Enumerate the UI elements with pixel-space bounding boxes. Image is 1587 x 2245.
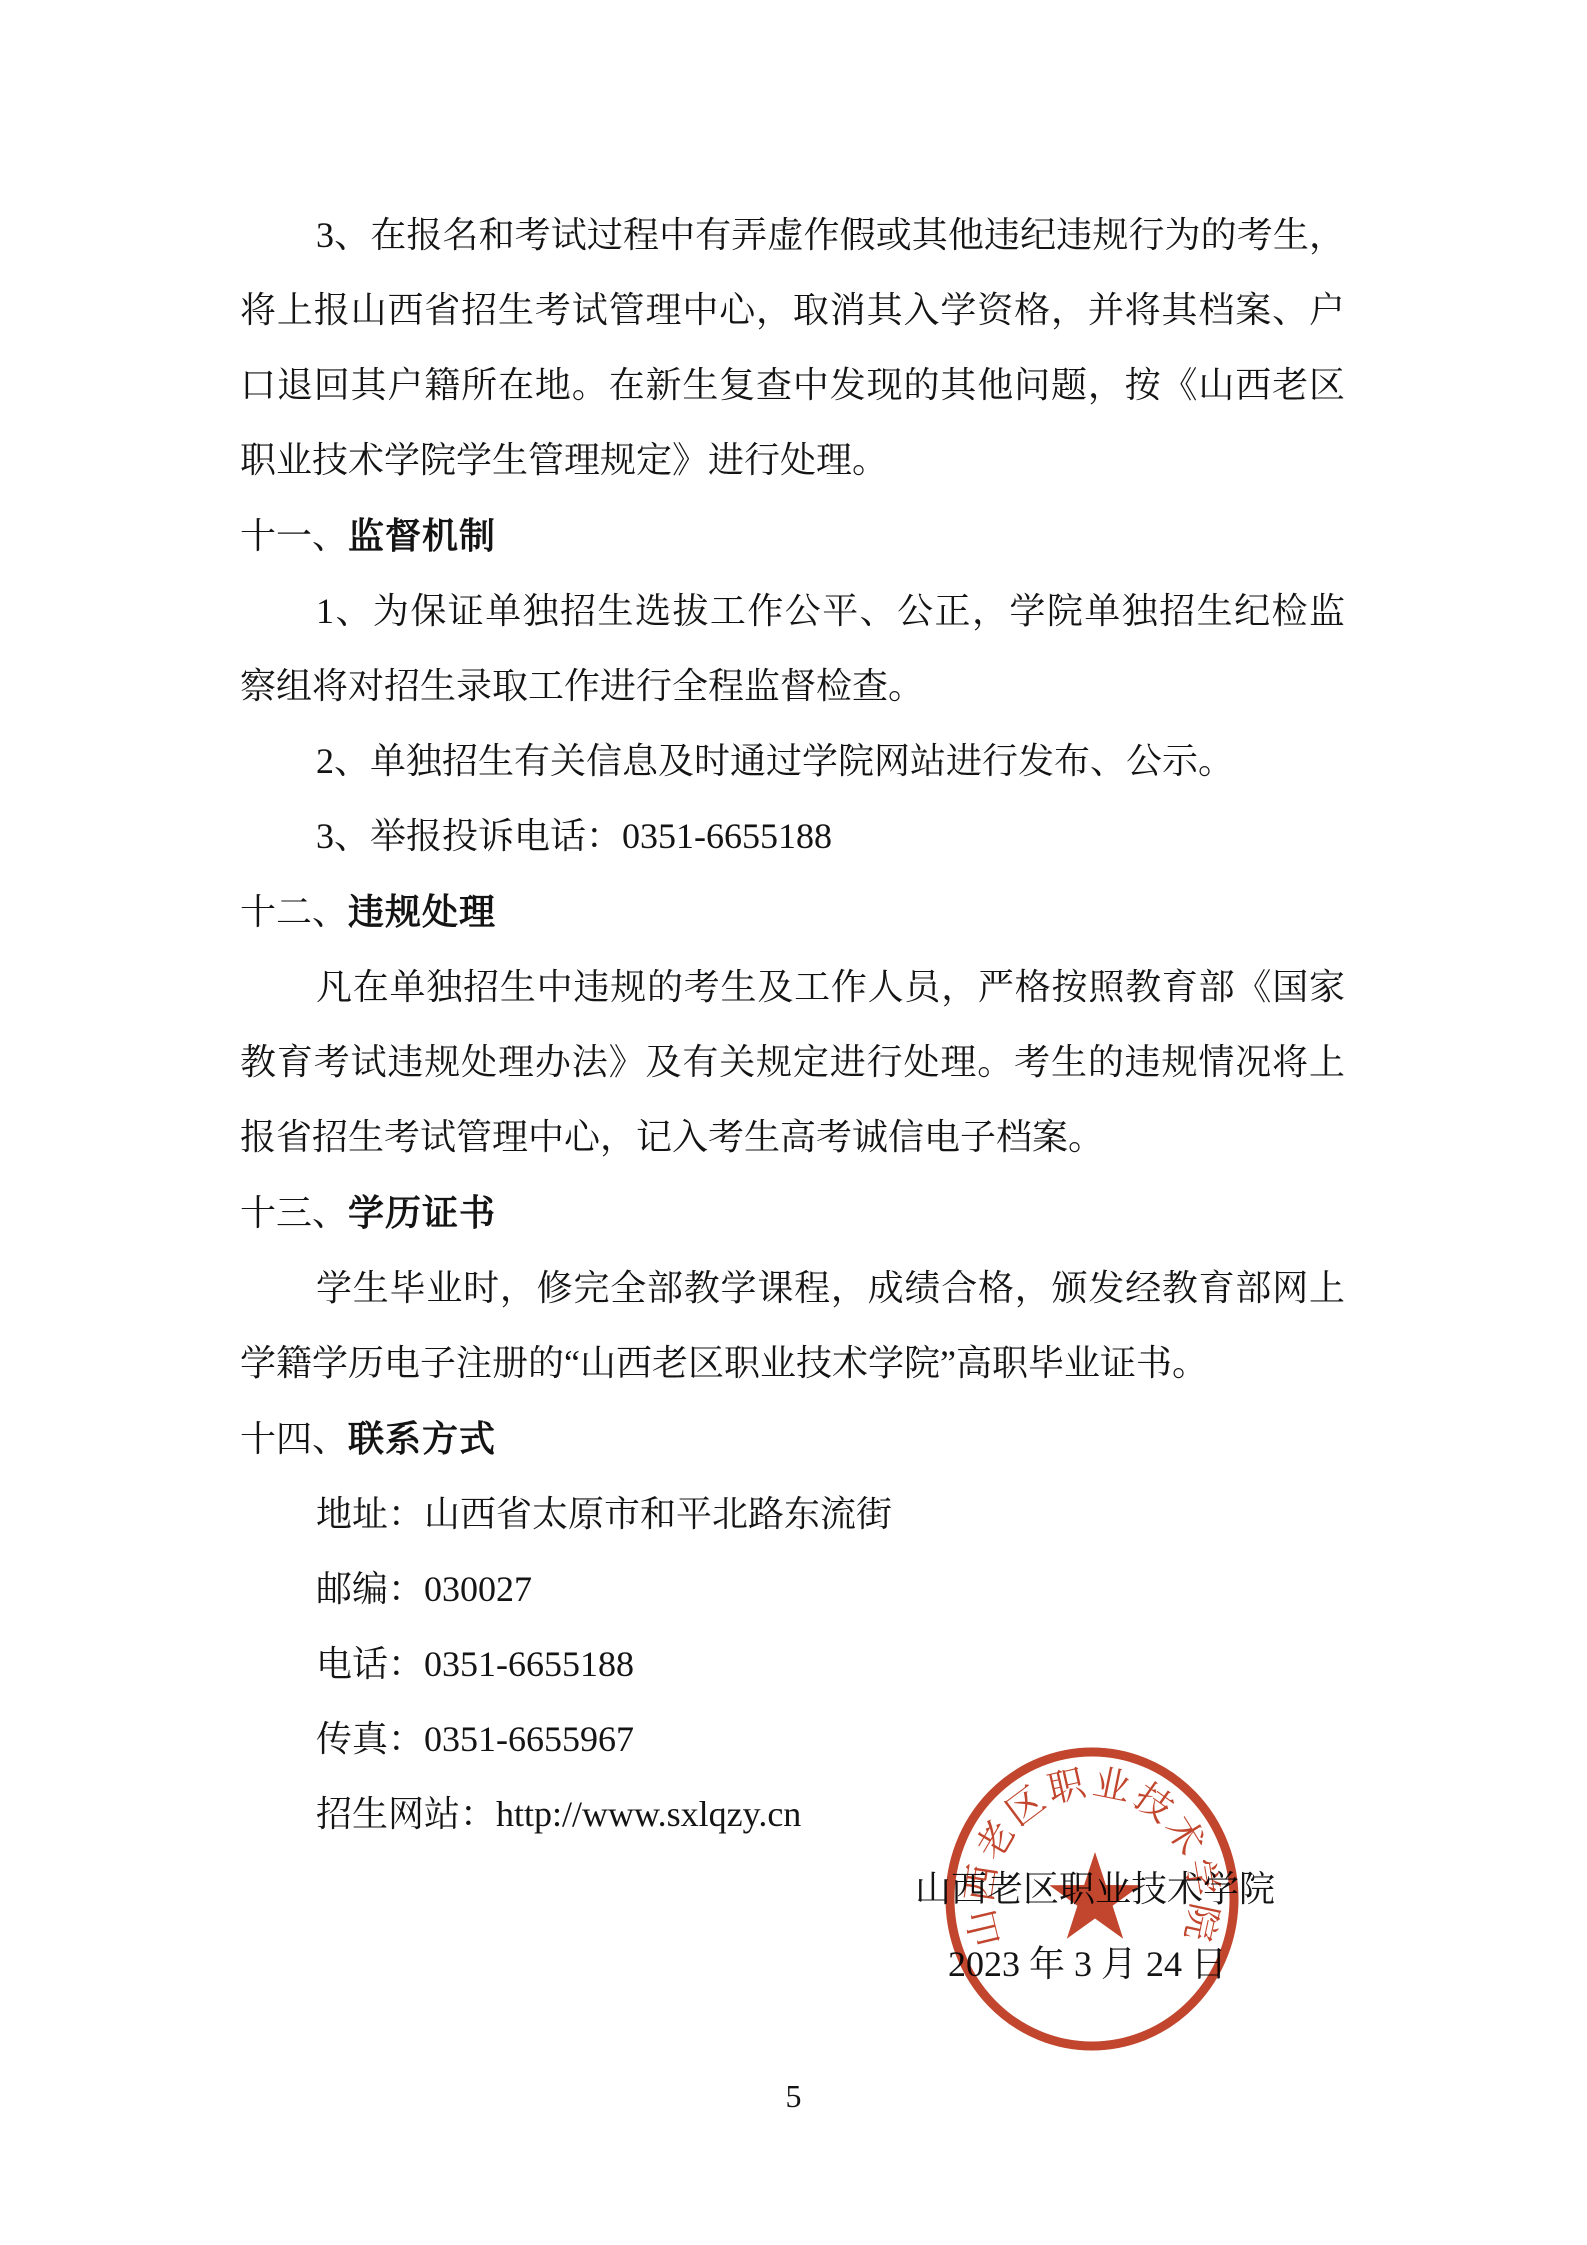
text-line: 学生毕业时，修完全部教学课程，成绩合格，颁发经教育部网上 [240, 1251, 1345, 1326]
page-number: 5 [0, 2078, 1587, 2114]
text-line: 察组将对招生录取工作进行全程监督检查。 [240, 649, 1345, 724]
heading-number: 十二、 [240, 892, 348, 932]
text-line: 1、为保证单独招生选拔工作公平、公正，学院单独招生纪检监 [240, 574, 1345, 649]
text-line: 传真：0351-6655967 [240, 1702, 1345, 1777]
text-line: 口退回其户籍所在地。在新生复查中发现的其他问题，按《山西老区 [240, 348, 1345, 423]
signature-date: 2023 年 3 月 24 日 [240, 1927, 1345, 2002]
document-page: 3、在报名和考试过程中有弄虚作假或其他违纪违规行为的考生，将上报山西省招生考试管… [0, 0, 1587, 2245]
signature-org: 山西老区职业技术学院 [240, 1852, 1345, 1927]
text-line: 地址：山西省太原市和平北路东流街 [240, 1477, 1345, 1552]
text-line: 招生网站：http://www.sxlqzy.cn [240, 1777, 1345, 1852]
heading-title: 学历证书 [348, 1192, 496, 1233]
text-line: 职业技术学院学生管理规定》进行处理。 [240, 423, 1345, 498]
text-line: 3、举报投诉电话：0351-6655188 [240, 799, 1345, 874]
text-line: 电话：0351-6655188 [240, 1627, 1345, 1702]
heading-title: 监督机制 [348, 515, 496, 556]
heading-title: 违规处理 [348, 891, 496, 932]
section-heading: 十一、监督机制 [240, 498, 1345, 574]
section-heading: 十三、学历证书 [240, 1175, 1345, 1251]
heading-number: 十三、 [240, 1193, 348, 1233]
body-lines: 3、在报名和考试过程中有弄虚作假或其他违纪违规行为的考生，将上报山西省招生考试管… [240, 198, 1345, 1852]
text-line: 将上报山西省招生考试管理中心，取消其入学资格，并将其档案、户 [240, 273, 1345, 348]
text-line: 报省招生考试管理中心，记入考生高考诚信电子档案。 [240, 1100, 1345, 1175]
text-line: 2、单独招生有关信息及时通过学院网站进行发布、公示。 [240, 724, 1345, 799]
document-body: 3、在报名和考试过程中有弄虚作假或其他违纪违规行为的考生，将上报山西省招生考试管… [240, 198, 1345, 2002]
text-line: 凡在单独招生中违规的考生及工作人员，严格按照教育部《国家 [240, 950, 1345, 1025]
heading-number: 十一、 [240, 516, 348, 556]
section-heading: 十二、违规处理 [240, 874, 1345, 950]
heading-number: 十四、 [240, 1419, 348, 1459]
text-line: 3、在报名和考试过程中有弄虚作假或其他违纪违规行为的考生， [240, 198, 1345, 273]
text-line: 学籍学历电子注册的“山西老区职业技术学院”高职毕业证书。 [240, 1326, 1345, 1401]
text-line: 邮编：030027 [240, 1552, 1345, 1627]
text-line: 教育考试违规处理办法》及有关规定进行处理。考生的违规情况将上 [240, 1025, 1345, 1100]
section-heading: 十四、联系方式 [240, 1401, 1345, 1477]
heading-title: 联系方式 [348, 1418, 496, 1459]
